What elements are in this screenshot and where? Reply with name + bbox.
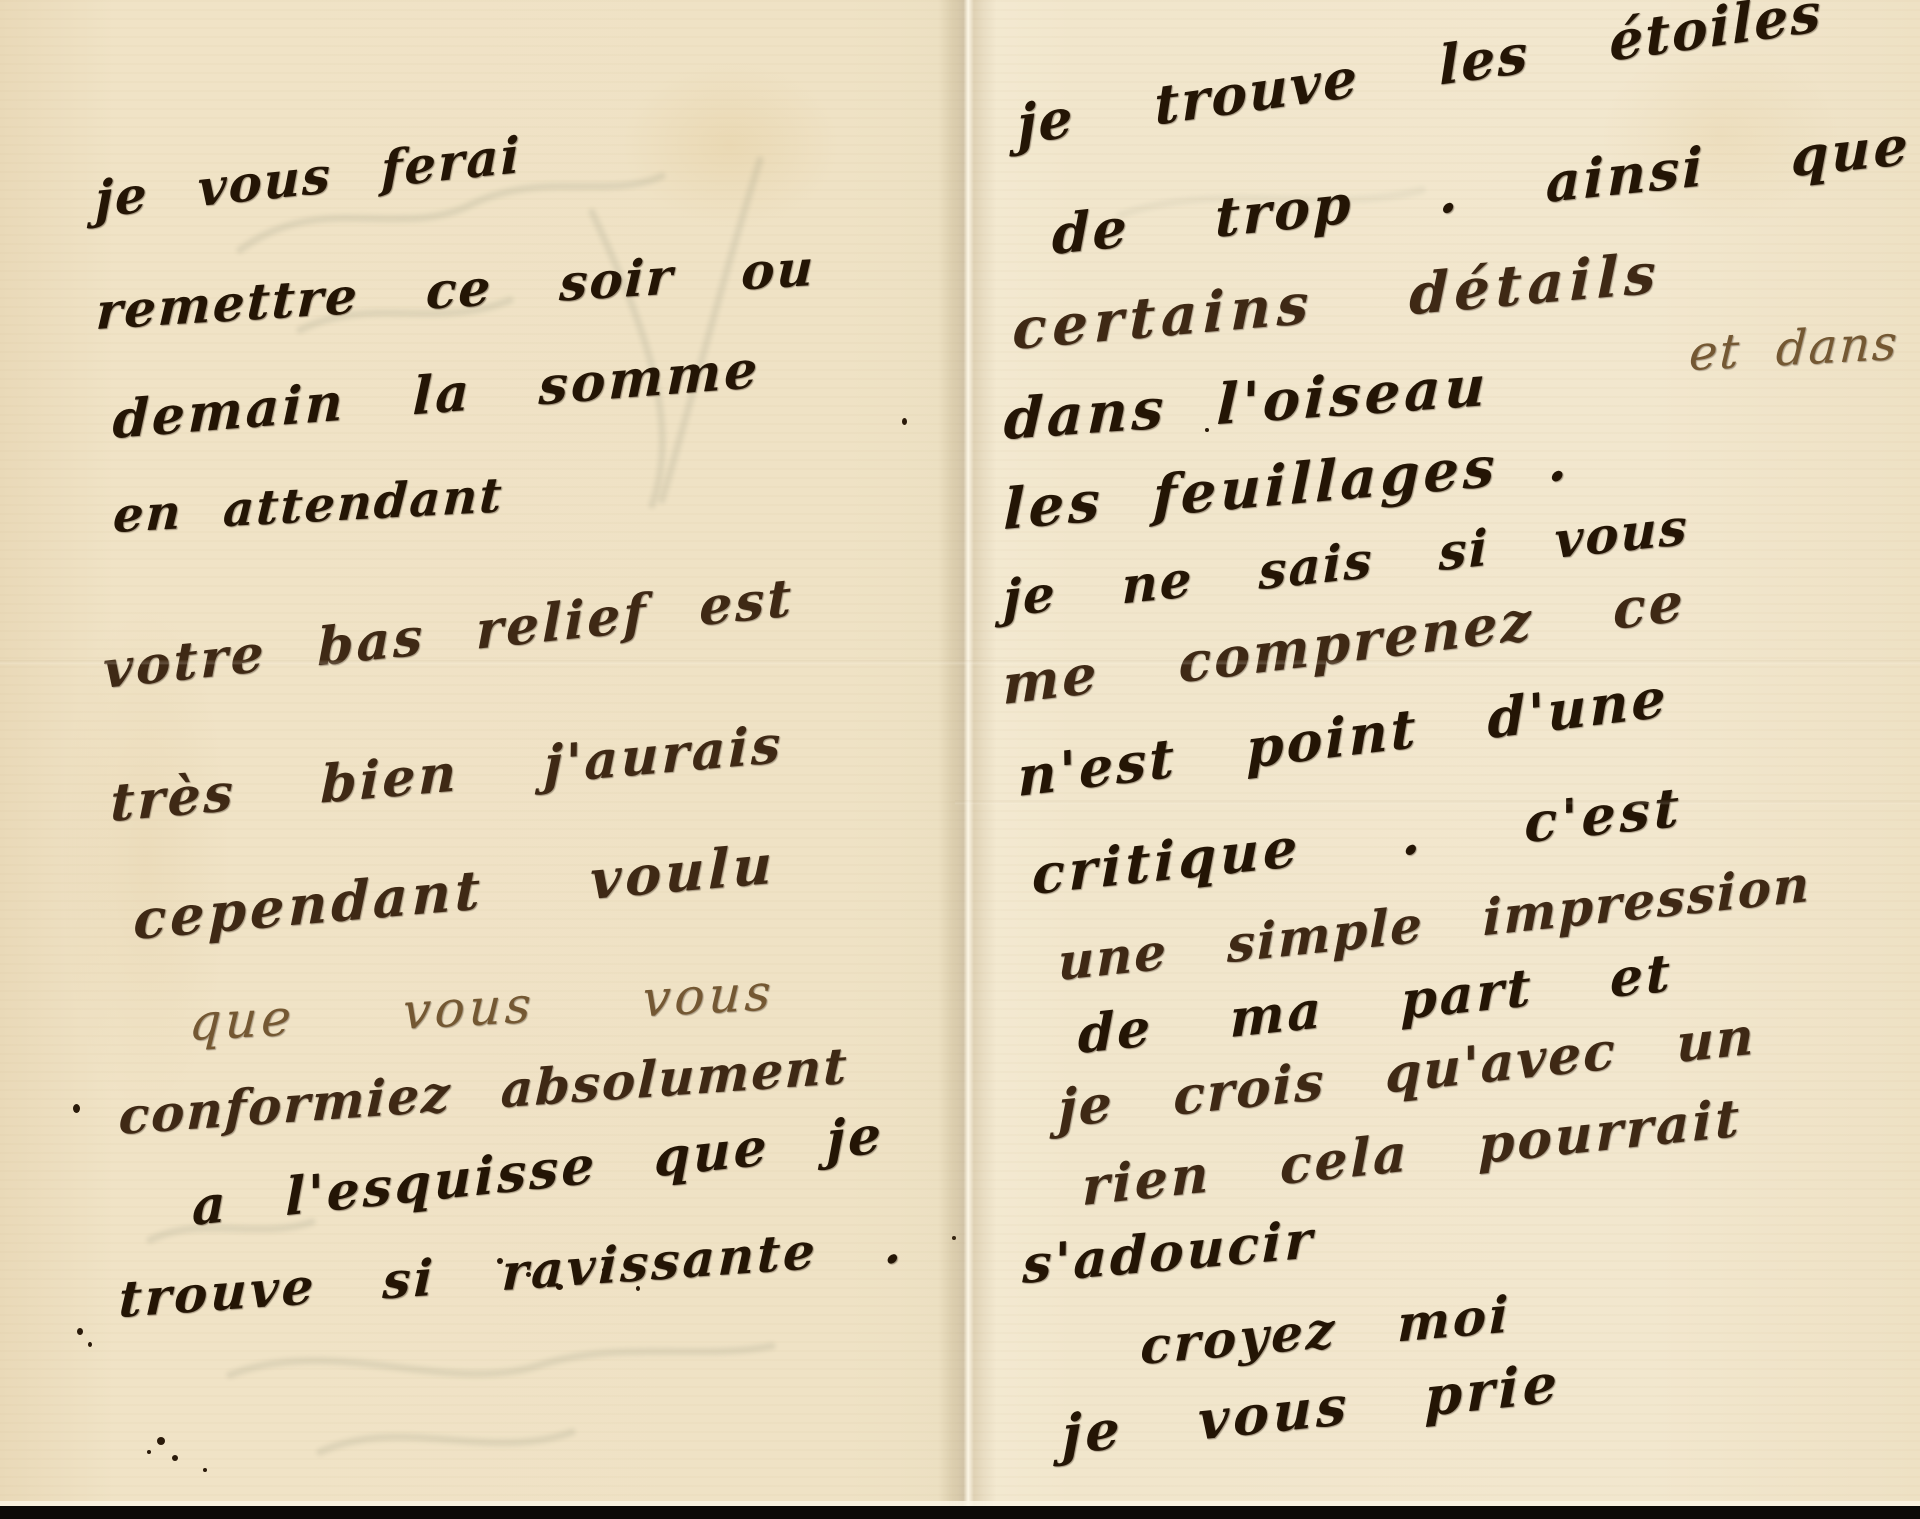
center-fold-crease [938,0,996,1519]
handwritten-line-right-3: certains détails [1012,245,1662,358]
handwritten-line-right-4: dans l'oiseau [1003,358,1490,448]
handwritten-line-right-16: croyez moi [1140,1289,1512,1372]
handwritten-line-right-15: s'adoucir [1022,1214,1315,1292]
handwritten-line-right-1: je trouve les étoiles [1016,0,1823,152]
handwritten-line-right-17: je vous prie [1062,1355,1561,1462]
scanner-edge [0,1506,1920,1519]
letter-scan: je vous ferai remettre ce soir ou demain… [0,0,1920,1519]
handwritten-line-right-2: de trop . ainsi que [1052,117,1911,262]
handwritten-line-right-5-inserted: et dans [1688,319,1900,378]
